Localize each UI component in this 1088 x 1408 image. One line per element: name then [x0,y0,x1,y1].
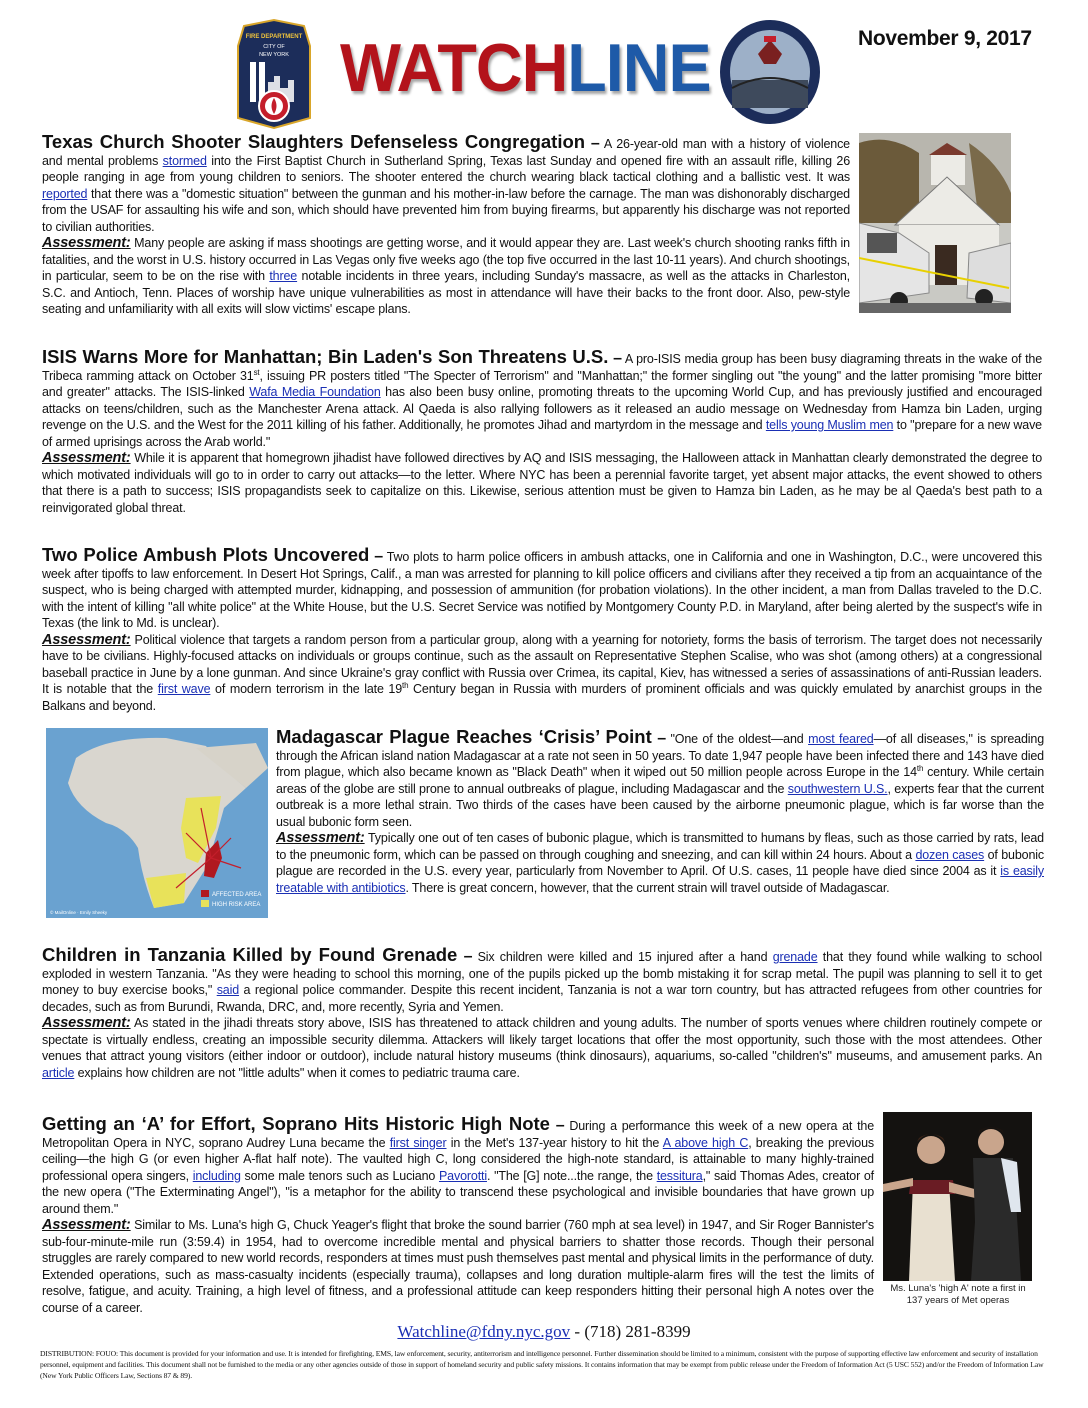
em-dash: – [457,948,472,965]
assessment-text: Similar to Ms. Luna's high G, Chuck Yeag… [42,1218,874,1315]
article-body: Madagascar Plague Reaches ‘Crisis’ Point… [276,729,1044,830]
link-wafa-media-foundation[interactable]: Wafa Media Foundation [249,385,380,399]
body-text: some male tenors such as Luciano [241,1169,439,1183]
link-grenade[interactable]: grenade [773,950,818,964]
article-assessment: Assessment: Similar to Ms. Luna's high G… [42,1217,874,1316]
article-body: Two Police Ambush Plots Uncovered – Two … [42,547,1042,632]
body-text: that there was a "domestic situation" be… [42,187,850,234]
article-body: Texas Church Shooter Slaughters Defensel… [42,134,850,235]
svg-text:CITY OF: CITY OF [263,44,285,50]
body-text: in the Met's 137-year history to hit the [446,1136,662,1150]
body-text: Six children were killed and 15 injured … [472,950,772,964]
article-soprano: Getting an ‘A’ for Effort, Soprano Hits … [42,1116,874,1316]
link-tessitura[interactable]: tessitura [657,1169,703,1183]
assessment-label: Assessment: [42,450,131,466]
contact-line: Watchline@fdny.nyc.gov - (718) 281-8399 [0,1322,1088,1342]
link-dozen-cases[interactable]: dozen cases [915,848,984,862]
article-headline: Madagascar Plague Reaches ‘Crisis’ Point [276,726,652,747]
africa-plague-map: AFFECTED AREA HIGH RISK AREA © MailOnlin… [46,728,268,918]
article-assessment: Assessment: Many people are asking if ma… [42,235,850,318]
svg-text:FIRE DEPARTMENT: FIRE DEPARTMENT [246,34,303,40]
assessment-label: Assessment: [42,235,131,251]
separator: - [570,1322,584,1341]
watchline-wordmark: WATCHLINE [340,34,711,102]
link-pavorotti[interactable]: Pavorotti [439,1169,487,1183]
opera-photo [883,1112,1032,1281]
assessment-label: Assessment: [42,1015,131,1031]
article-assessment: Assessment: As stated in the jihadi thre… [42,1015,1042,1081]
em-dash: – [585,135,600,152]
article-madagascar-plague: Madagascar Plague Reaches ‘Crisis’ Point… [276,729,1044,896]
link-first-singer[interactable]: first singer [390,1136,447,1150]
ctdp-seal-logo [718,18,822,126]
phone-number: (718) 281-8399 [584,1322,690,1341]
fdny-badge-logo: FIRE DEPARTMENT CITY OF NEW YORK [234,18,314,130]
em-dash: – [550,1117,565,1134]
svg-text:HIGH RISK AREA: HIGH RISK AREA [212,902,260,908]
article-body: Children in Tanzania Killed by Found Gre… [42,947,1042,1015]
opera-photo-caption: Ms. Luna's 'high A' note a first in 137 … [888,1283,1028,1307]
svg-text:© MailOnline · Emily Sheeky: © MailOnline · Emily Sheeky [50,909,108,915]
article-texas: Texas Church Shooter Slaughters Defensel… [42,134,850,318]
link-tells-young-muslim-men[interactable]: tells young Muslim men [766,418,893,432]
svg-text:NEW YORK: NEW YORK [259,52,289,58]
article-body: ISIS Warns More for Manhattan; Bin Laden… [42,349,1042,450]
svg-text:AFFECTED AREA: AFFECTED AREA [212,892,261,898]
em-dash: – [369,548,383,565]
article-police-ambush: Two Police Ambush Plots Uncovered – Two … [42,547,1042,714]
link-article[interactable]: article [42,1066,74,1080]
article-assessment: Assessment: Typically one out of ten cas… [276,830,1044,896]
assessment-label: Assessment: [42,632,131,648]
assessment-label: Assessment: [276,830,365,846]
assessment-text: As stated in the jihadi threats story ab… [42,1016,1042,1063]
masthead: FIRE DEPARTMENT CITY OF NEW YORK WATCHLI… [0,0,1088,130]
link-most-feared[interactable]: most feared [808,732,874,746]
opera-photo-image [883,1112,1032,1281]
article-headline: Two Police Ambush Plots Uncovered [42,544,369,565]
assessment-text: explains how children are not "little ad… [74,1066,520,1080]
assessment-text: While it is apparent that homegrown jiha… [42,451,1042,515]
article-tanzania-grenade: Children in Tanzania Killed by Found Gre… [42,947,1042,1081]
em-dash: – [608,350,621,367]
link-first-wave[interactable]: first wave [158,682,211,696]
article-headline: ISIS Warns More for Manhattan; Bin Laden… [42,346,608,367]
africa-map-image: AFFECTED AREA HIGH RISK AREA © MailOnlin… [46,728,268,918]
email-link[interactable]: Watchline@fdny.nyc.gov [397,1322,570,1341]
assessment-text: . There is great concern, however, that … [406,881,890,895]
em-dash: – [652,730,666,747]
assessment-text: of modern terrorism in the late 19 [210,682,402,696]
article-headline: Children in Tanzania Killed by Found Gre… [42,944,457,965]
link-southwestern-us[interactable]: southwestern U.S. [788,782,888,796]
church-photo [859,133,1011,313]
article-headline: Getting an ‘A’ for Effort, Soprano Hits … [42,1113,550,1134]
church-photo-image [859,133,1011,313]
body-text: "One of the oldest—and [666,732,808,746]
link-reported[interactable]: reported [42,187,87,201]
link-three[interactable]: three [269,269,297,283]
link-stormed[interactable]: stormed [163,154,207,168]
link-a-above-high-c[interactable]: A above high C [663,1136,748,1150]
issue-date: November 9, 2017 [858,27,1032,51]
article-assessment: Assessment: While it is apparent that ho… [42,450,1042,516]
link-including[interactable]: including [193,1169,241,1183]
assessment-label: Assessment: [42,1217,131,1233]
article-body: Getting an ‘A’ for Effort, Soprano Hits … [42,1116,874,1217]
article-headline: Texas Church Shooter Slaughters Defensel… [42,131,585,152]
distribution-notice: DISTRIBUTION: FOUO: This document is pro… [40,1348,1050,1381]
article-isis: ISIS Warns More for Manhattan; Bin Laden… [42,349,1042,516]
link-said[interactable]: said [217,983,239,997]
article-assessment: Assessment: Political violence that targ… [42,632,1042,715]
body-text: . "The [G] note...the range, the [487,1169,657,1183]
